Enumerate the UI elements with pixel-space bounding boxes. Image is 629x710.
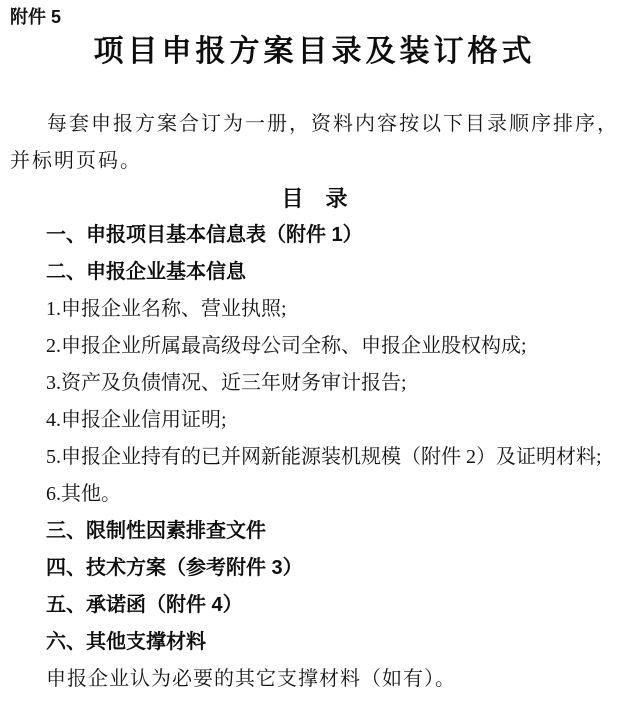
toc-item: 五、承诺函（附件 4） bbox=[10, 587, 619, 624]
toc-heading: 目 录 bbox=[10, 180, 619, 217]
toc-item: 一、申报项目基本信息表（附件 1） bbox=[10, 217, 619, 254]
toc-item: 2.申报企业所属最高级母公司全称、申报企业股权构成; bbox=[10, 328, 619, 365]
document-page: 附件 5 项目申报方案目录及装订格式 每套申报方案合订为一册，资料内容按以下目录… bbox=[0, 0, 629, 710]
toc-item: 6.其他。 bbox=[10, 476, 619, 513]
toc-item: 二、申报企业基本信息 bbox=[10, 254, 619, 291]
toc-item: 六、其他支撑材料 bbox=[10, 624, 619, 661]
toc-item: 3.资产及负债情况、近三年财务审计报告; bbox=[10, 365, 619, 402]
toc-item: 4.申报企业信用证明; bbox=[10, 402, 619, 439]
toc-item: 四、技术方案（参考附件 3） bbox=[10, 550, 619, 587]
intro-paragraph: 每套申报方案合订为一册，资料内容按以下目录顺序排序， 并标明页码。 bbox=[10, 106, 619, 180]
attachment-label: 附件 5 bbox=[10, 6, 619, 28]
intro-line-2: 并标明页码。 bbox=[10, 143, 619, 180]
toc-list: 一、申报项目基本信息表（附件 1）二、申报企业基本信息1.申报企业名称、营业执照… bbox=[10, 217, 619, 661]
toc-footnote: 申报企业认为必要的其它支撑材料（如有）。 bbox=[10, 661, 619, 698]
document-title: 项目申报方案目录及装订格式 bbox=[10, 34, 619, 70]
toc-item: 三、限制性因素排查文件 bbox=[10, 513, 619, 550]
toc-item: 5.申报企业持有的已并网新能源装机规模（附件 2）及证明材料; bbox=[10, 439, 619, 476]
toc-item: 1.申报企业名称、营业执照; bbox=[10, 291, 619, 328]
intro-line-1: 每套申报方案合订为一册，资料内容按以下目录顺序排序， bbox=[10, 106, 619, 143]
